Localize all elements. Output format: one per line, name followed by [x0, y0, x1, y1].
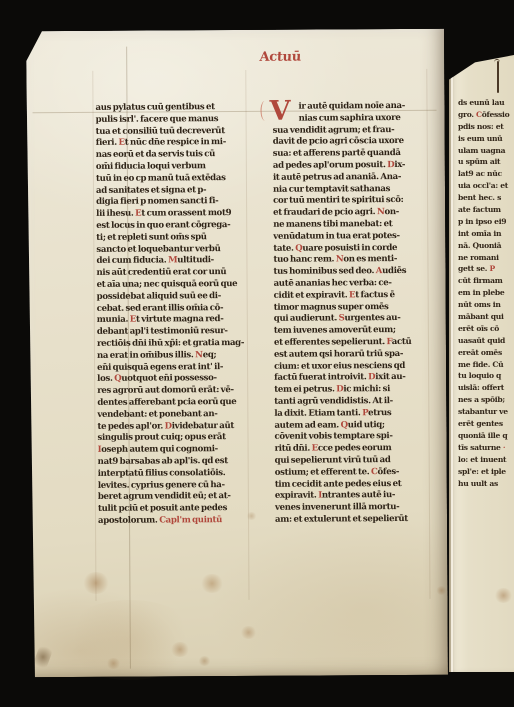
- body-text: factū fuerat introivit.: [274, 373, 368, 384]
- body-text: digia fieri p nomen sancti fi-: [96, 196, 218, 207]
- text-line: mābant qui: [458, 311, 514, 323]
- body-text: qui sepelierunt virū tuū ad: [275, 455, 391, 466]
- body-text: dei cum fiducia.: [96, 256, 168, 266]
- text-line: ritū dn̄i. Ecce pedes eorum: [275, 443, 427, 456]
- text-line: dentes afferebant pcia eorū que: [97, 397, 245, 410]
- text-line: uasaūt quid: [458, 335, 514, 347]
- body-text: tuū in eo cp manū tuā extēdas: [96, 173, 226, 184]
- text-line: tuū in eo cp manū tuā extēdas: [96, 173, 244, 186]
- text-line: pulis isrl'. facere que manus: [96, 114, 244, 127]
- body-text: ds eunū lau: [458, 98, 504, 107]
- next-folio-edge: ds eunū laugro. Cōfessiopdis nos: etis e…: [449, 55, 514, 672]
- text-line: ereāt omēs: [458, 347, 514, 359]
- text-line: et efferentes sepelierunt. Factū: [274, 337, 426, 350]
- text-line: est locus in quo erant cōgrega-: [96, 220, 244, 233]
- text-line: autem ad eam. Quid utiq;: [274, 419, 426, 432]
- body-text: venūdatum in tua erat potes-: [273, 231, 399, 242]
- text-line: cium: et uxor eius nesciens qd: [274, 360, 426, 373]
- text-line: tulit pciū et posuit ante pedes: [98, 503, 246, 516]
- body-text: u spūm ait: [458, 157, 500, 166]
- body-text: cium: et uxor eius nesciens qd: [274, 361, 405, 372]
- text-line: cūt firmam: [458, 275, 514, 287]
- body-text: sua: et afferens partē quandā: [273, 148, 401, 159]
- body-text: ate factum: [458, 205, 501, 214]
- text-line: expiravit. Intrantes autē iu-: [275, 490, 427, 503]
- text-line: factū fuerat introivit. Dixit au-: [274, 372, 426, 385]
- text-line: digia fieri p nomen sancti fi-: [96, 196, 244, 209]
- body-text: ixit au-: [375, 372, 405, 382]
- text-line: tua et consiliū tuū decreverūt: [96, 126, 244, 139]
- text-line: ne manens tibi manebat: et: [273, 219, 425, 232]
- body-text: ti; et repleti sunt om̄s spū: [96, 232, 206, 243]
- text-line: tu loquio q: [458, 370, 514, 382]
- text-line: dei cum fiducia. Multitudi-: [96, 255, 244, 268]
- decorated-initial-v: V: [269, 99, 295, 125]
- body-text: uare posuisti in corde: [302, 243, 397, 254]
- text-line: ti; et repleti sunt om̄s spū: [96, 232, 244, 245]
- body-text: cce pedes eorum: [318, 443, 392, 453]
- text-line: nia cur temptavit sathanas: [273, 183, 425, 196]
- text-line: fieri. Et nūc dn̄e respice in mi-: [96, 137, 244, 150]
- body-text: me fide. Cū: [458, 360, 503, 369]
- text-line: possidebat aliquid suū ee di-: [97, 291, 245, 304]
- body-text: erēt oīs cō: [458, 324, 499, 333]
- body-text: it autē petrus ad ananiā. Ana-: [273, 172, 401, 183]
- body-text: bent hec. s: [458, 193, 501, 202]
- text-line: debant apl'i testimoniū resur-: [97, 326, 245, 339]
- body-text: est autem qsi horarū triū spa-: [274, 349, 403, 360]
- body-text: em in plebe: [458, 288, 504, 297]
- body-text: apostolorum.: [98, 515, 159, 525]
- text-line: na erat in om̄ibus illis. Neq;: [97, 350, 245, 363]
- next-folio-text: ds eunū laugro. Cōfessiopdis nos: etis e…: [458, 97, 514, 489]
- body-text: tuo hanc rem.: [273, 255, 335, 265]
- body-text: interptatū filius consolatiōis.: [98, 468, 226, 479]
- body-text: te pedes apl'or.: [97, 421, 164, 431]
- text-line: u spūm ait: [458, 156, 514, 168]
- text-line: lii ihesu. Et cum orassent mot9: [96, 208, 244, 221]
- text-line: tuo hanc rem. Non es menti-: [273, 254, 425, 267]
- rubricated-text: N: [336, 255, 344, 265]
- body-text: la dixit. Etiam tanti.: [274, 408, 362, 419]
- body-text: levites. cyprius genere cū ha-: [98, 480, 225, 491]
- body-text: stabantur ve: [458, 407, 508, 416]
- body-text: tim cecidit ante pedes eius et: [275, 478, 402, 489]
- text-line: quoniā ille q: [458, 430, 514, 442]
- text-line: om̄i fiducia loqui verbum: [96, 161, 244, 174]
- body-text: timor magnus super omēs: [274, 302, 389, 313]
- body-text: nā. Quoniā: [458, 241, 501, 250]
- text-line: los. Quotquot en̄i possesso-: [97, 373, 245, 386]
- text-line: timor magnus super omēs: [274, 301, 426, 314]
- body-text: vendebant: et ponebant an-: [97, 409, 217, 420]
- text-line: nas eorū et da servis tuis cū: [96, 149, 244, 162]
- rubricated-text: N: [195, 350, 203, 360]
- body-text: p in ipso ei9: [458, 217, 506, 226]
- pen-flourish-icon: [497, 61, 499, 93]
- rubricated-text: Capl'm quintū: [159, 515, 222, 525]
- text-line: me fide. Cū: [458, 359, 514, 371]
- text-line: ulam uagna: [458, 145, 514, 157]
- body-text: tīs saturne: [458, 443, 501, 452]
- text-line: tanti agrū vendidistis. At il-: [274, 396, 426, 409]
- rubricated-text: Q: [295, 243, 302, 253]
- body-text: est locus in quo erant cōgrega-: [96, 220, 230, 231]
- text-line: lo: et inuent: [458, 454, 514, 466]
- body-text: actū: [392, 337, 412, 347]
- body-text: nis aūt credentiū erat cor unū: [96, 267, 226, 278]
- text-line: est autem qsi horarū triū spa-: [274, 349, 426, 362]
- body-text: tulit pciū et posuit ante pedes: [98, 503, 227, 514]
- text-line: tem iuvenes amoverūt eum;: [274, 325, 426, 338]
- body-text: ultitudi-: [177, 255, 214, 265]
- body-text: possidebat aliquid suū ee di-: [97, 291, 221, 302]
- body-text: tem ei petrus.: [274, 385, 336, 395]
- text-line: et aīa una; nec quisquā eorū que: [97, 279, 245, 292]
- body-text: tu loquio q: [458, 371, 501, 380]
- body-text: uid utiq;: [348, 420, 385, 430]
- body-text: sancto et loquebantur verbū: [96, 244, 220, 255]
- text-line: ad pedes apl'orum posuit. Dix-: [273, 160, 425, 173]
- text-line: lat9 ac nūc: [458, 168, 514, 180]
- body-text: t cum orassent mot9: [141, 208, 231, 219]
- body-text: on es menti-: [343, 254, 397, 264]
- body-text: expiravit.: [275, 491, 318, 501]
- body-text: mābant qui: [458, 312, 504, 321]
- body-text: et aīa una; nec quisquā eorū que: [97, 279, 238, 290]
- text-line: cebat. sed erant illis om̄ia cō-: [97, 302, 245, 315]
- text-line: vendebant: et ponebant an-: [97, 409, 245, 422]
- body-text: cidit et expiravit.: [274, 290, 349, 300]
- body-text: ritū dn̄i.: [275, 444, 312, 454]
- manuscript-page: Actuū aus pylatus cuū gentibus etpulis i…: [26, 29, 448, 678]
- body-text: etrus: [368, 408, 391, 418]
- text-line: p in ipso ei9: [458, 216, 514, 228]
- text-line: et fraudari de pcio agri. Non-: [273, 207, 425, 220]
- body-text: et fraudari de pcio agri.: [273, 207, 377, 218]
- body-text: ad pedes apl'orum posuit.: [273, 160, 387, 171]
- body-text: ōfes-: [377, 467, 399, 477]
- body-text: et efferentes sepelierunt.: [274, 337, 387, 348]
- body-text: quoniā ille q: [458, 431, 507, 440]
- body-text: autē ananias hec verba: ce-: [274, 278, 392, 289]
- text-line: tim cecidit ante pedes eius et: [275, 478, 427, 491]
- body-text: ne manens tibi manebat: et: [273, 219, 392, 230]
- rubricated-text: P: [490, 264, 495, 273]
- text-line: en̄i quisquā egens erat int' il-: [97, 361, 245, 374]
- body-text: ostium; et efferent te.: [275, 467, 371, 478]
- body-text: aus pylatus cuū gentibus et: [95, 102, 214, 113]
- body-text: qui audierunt.: [274, 314, 339, 324]
- body-text: beret agrum vendidit eū; et at-: [98, 491, 231, 502]
- text-line: davit de pcio agri cōscia uxore: [273, 136, 425, 149]
- body-text: tua et consiliū tuū decreverūt: [96, 126, 225, 137]
- text-line: cōvenit vobis temptare spi-: [274, 431, 426, 444]
- text-line: tīs saturne ·: [458, 442, 514, 454]
- text-line: ate factum: [458, 204, 514, 216]
- text-line: nes a spōib;: [458, 394, 514, 406]
- body-text: pdis nos: et: [458, 122, 503, 131]
- text-line: beret agrum vendidit eū; et at-: [98, 491, 246, 504]
- body-text: hu uult as: [458, 479, 498, 488]
- text-line: cidit et expiravit. Et factus ē: [274, 290, 426, 303]
- body-text: davit de pcio agri cōscia uxore: [273, 136, 404, 147]
- body-text: ic michi: si: [343, 384, 390, 394]
- body-text: is eum unū: [458, 134, 502, 143]
- body-text: ividebatur aūt: [172, 421, 234, 431]
- body-text: ir autē quidam noīe ana-: [298, 101, 405, 112]
- body-text: nias cum saphira uxore: [299, 113, 401, 124]
- body-text: munia.: [97, 315, 130, 325]
- body-text: gro.: [458, 110, 476, 119]
- body-text: ereāt omēs: [458, 348, 502, 357]
- body-text: pulis isrl'. facere que manus: [96, 114, 219, 125]
- body-text: ulam uagna: [458, 146, 505, 155]
- body-text: nat9 barsabas ab apl'is. qd est: [98, 456, 228, 467]
- text-line: tate. Quare posuisti in corde: [273, 242, 425, 255]
- text-line: ne romani: [458, 252, 514, 264]
- body-text: venes invenerunt illā mortu-: [275, 502, 399, 513]
- text-line: spl'e: et iple: [458, 466, 514, 478]
- text-line: gro. Cōfessio: [458, 109, 514, 121]
- body-text: rectiōis dn̄i ihū xp̄i: et gratia mag-: [97, 338, 244, 349]
- text-line: apostolorum. Capl'm quintū: [98, 515, 246, 528]
- text-line: venūdatum in tua erat potes-: [273, 231, 425, 244]
- rubricated-text: ·: [501, 443, 506, 452]
- text-line: munia. Et virtute magna red-: [97, 314, 245, 327]
- text-line: nis aūt credentiū erat cor unū: [96, 267, 244, 280]
- body-text: eq;: [203, 350, 217, 360]
- text-line: it autē petrus ad ananiā. Ana-: [273, 172, 425, 185]
- body-text: res agrorū aut domorū erāt: vē-: [97, 385, 233, 396]
- text-line: singulis prout cuiq; opus erāt: [97, 432, 245, 445]
- body-text: uasaūt quid: [458, 336, 505, 345]
- text-line: autē ananias hec verba: ce-: [274, 278, 426, 291]
- text-line: rectiōis dn̄i ihū xp̄i: et gratia mag-: [97, 338, 245, 351]
- text-line: em in plebe: [458, 287, 514, 299]
- body-text: singulis prout cuiq; opus erāt: [97, 432, 225, 443]
- body-text: ix-: [394, 160, 405, 170]
- body-text: tem iuvenes amoverūt eum;: [274, 325, 396, 336]
- body-text: dentes afferebant pcia eorū que: [97, 397, 236, 408]
- body-text: tus hominibus sed deo.: [273, 266, 375, 277]
- body-text: lii ihesu.: [96, 209, 135, 219]
- body-text: debant apl'i testimoniū resur-: [97, 326, 228, 337]
- body-text: gett se.: [458, 264, 490, 273]
- text-line: uia occl'a: et: [458, 180, 514, 192]
- body-text: am: et extulerunt et sepelierūt: [275, 514, 408, 525]
- text-line: hu uult as: [458, 478, 514, 490]
- text-column-left: aus pylatus cuū gentibus etpulis isrl'. …: [95, 102, 246, 528]
- rubricated-text: M: [168, 256, 177, 266]
- body-text: uia occl'a: et: [458, 181, 508, 190]
- text-line: Ioseph autem qui cognomi-: [98, 444, 246, 457]
- body-text: cūt firmam: [458, 276, 502, 285]
- text-line: tem ei petrus. Dic michi: si: [274, 384, 426, 397]
- text-line: is eum unū: [458, 133, 514, 145]
- text-line: la dixit. Etiam tanti. Petrus: [274, 408, 426, 421]
- text-line: ds eunū lau: [458, 97, 514, 109]
- body-text: ad sanitates et signa et p-: [96, 185, 206, 196]
- body-text: oseph autem qui cognomi-: [101, 444, 218, 455]
- body-text: cor tuū mentiri te spiritui scō:: [273, 195, 403, 206]
- body-text: ntrantes autē iu-: [322, 490, 395, 500]
- text-line: bent hec. s: [458, 192, 514, 204]
- body-text: sua vendidit agrum; et frau-: [273, 125, 395, 136]
- body-text: lo: et inuent: [458, 455, 506, 464]
- body-text: spl'e: et iple: [458, 467, 506, 476]
- body-text: nia cur temptavit sathanas: [273, 184, 390, 195]
- text-line: sancto et loquebantur verbū: [96, 244, 244, 257]
- text-line: ad sanitates et signa et p-: [96, 185, 244, 198]
- body-text: nūt oms in: [458, 300, 501, 309]
- text-line: nā. Quoniā: [458, 240, 514, 252]
- photo-background: Actuū aus pylatus cuū gentibus etpulis i…: [0, 0, 514, 707]
- body-text: cebat. sed erant illis om̄ia cō-: [97, 303, 224, 314]
- body-text: t virtute magna red-: [136, 314, 224, 325]
- text-line: aus pylatus cuū gentibus et: [95, 102, 243, 115]
- text-line: levites. cyprius genere cū ha-: [98, 479, 246, 492]
- text-line: stabantur ve: [458, 406, 514, 418]
- body-text: t factus ē: [355, 290, 395, 300]
- text-line: pdis nos: et: [458, 121, 514, 133]
- body-text: ne romani: [458, 253, 499, 262]
- body-text: los.: [97, 374, 114, 384]
- body-text: t nūc dn̄e respice in mi-: [125, 137, 226, 148]
- text-line: nūt oms in: [458, 299, 514, 311]
- text-line: ostium; et efferent te. Cōfes-: [275, 467, 427, 480]
- body-text: nas eorū et da servis tuis cū: [96, 149, 215, 160]
- text-line: sua vendidit agrum; et frau-: [273, 124, 425, 137]
- text-line: interptatū filius consolatiōis.: [98, 468, 246, 481]
- body-text: lat9 ac nūc: [458, 169, 502, 178]
- body-text: autem ad eam.: [274, 420, 340, 430]
- body-text: erēt gentes: [458, 419, 503, 428]
- body-text: urgentes au-: [344, 313, 400, 323]
- text-line: cor tuū mentiri te spiritui scō:: [273, 195, 425, 208]
- running-title: Actuū: [248, 50, 313, 65]
- body-text: nes a spōib;: [458, 395, 505, 404]
- body-text: uislā: offert: [458, 383, 504, 392]
- body-text: uotquot en̄i possesso-: [121, 373, 216, 384]
- text-line: am: et extulerunt et sepelierūt: [275, 514, 427, 527]
- text-line: nat9 barsabas ab apl'is. qd est: [98, 456, 246, 469]
- body-text: on-: [384, 207, 399, 217]
- body-text: en̄i quisquā egens erat int' il-: [97, 362, 223, 373]
- body-text: ōfessio: [482, 110, 510, 119]
- body-text: tate.: [273, 243, 295, 253]
- body-text: tanti agrū vendidistis. At il-: [274, 396, 393, 407]
- text-line: venes invenerunt illā mortu-: [275, 502, 427, 515]
- body-text: na erat in om̄ibus illis.: [97, 350, 195, 361]
- body-text: int omīa in: [458, 229, 501, 238]
- text-line: te pedes apl'or. Dividebatur aūt: [97, 420, 245, 433]
- text-line: res agrorū aut domorū erāt: vē-: [97, 385, 245, 398]
- body-text: cōvenit vobis temptare spi-: [274, 431, 392, 442]
- text-line: gett se. P: [458, 263, 514, 275]
- text-line: erēt gentes: [458, 418, 514, 430]
- text-line: tus hominibus sed deo. Audiēs: [273, 266, 425, 279]
- text-line: sua: et afferens partē quandā: [273, 148, 425, 161]
- body-text: udiēs: [382, 266, 406, 276]
- text-column-right: V ir autē quidam noīe ana-nias cum saphi…: [272, 101, 427, 527]
- body-text: om̄i fiducia loqui verbum: [96, 161, 206, 172]
- body-text: fieri.: [96, 138, 119, 148]
- text-line: erēt oīs cō: [458, 323, 514, 335]
- text-line: qui audierunt. Surgentes au-: [274, 313, 426, 326]
- text-line: int omīa in: [458, 228, 514, 240]
- text-line: qui sepelierunt virū tuū ad: [275, 455, 427, 468]
- text-line: uislā: offert: [458, 382, 514, 394]
